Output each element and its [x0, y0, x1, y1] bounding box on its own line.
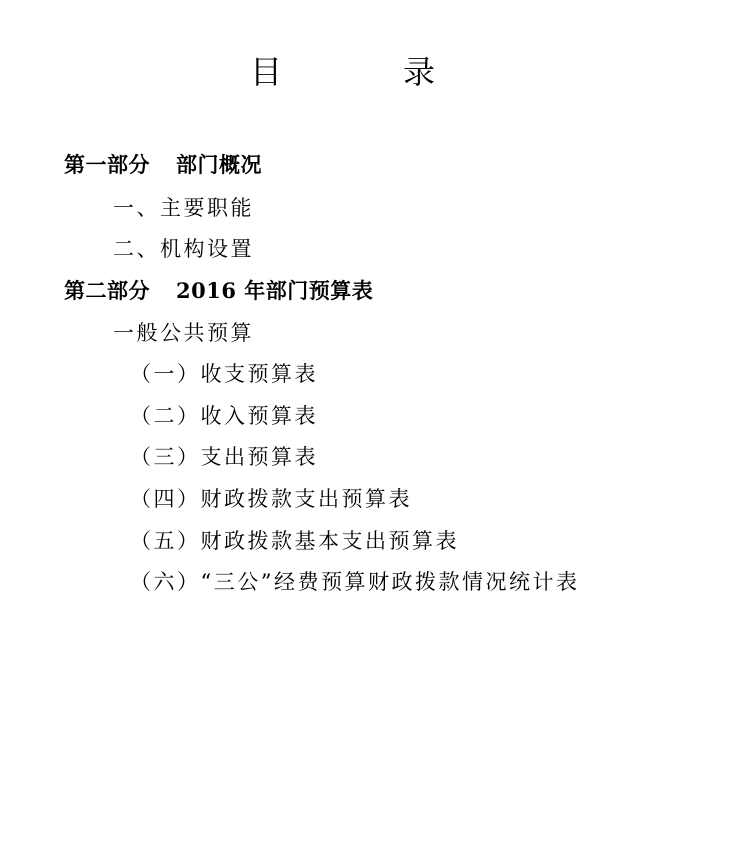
- toc-item: 二、机构设置: [113, 235, 254, 263]
- title-char-lu: 录: [403, 50, 435, 94]
- toc-part-1-label: 第一部分: [64, 152, 150, 177]
- toc-item: （五）财政拨款基本支出预算表: [130, 527, 459, 555]
- toc-item: （一）收支预算表: [130, 360, 318, 388]
- toc-item: （二）收入预算表: [130, 402, 318, 430]
- toc-part-2-title: 2016 年部门预算表: [176, 278, 373, 303]
- toc-section-general-budget: 一般公共预算: [113, 319, 254, 347]
- toc-item: 一、主要职能: [113, 194, 254, 222]
- toc-part-1-heading: 第一部分部门概况: [64, 151, 262, 179]
- toc-item: （四）财政拨款支出预算表: [130, 485, 412, 513]
- toc-item: （三）支出预算表: [130, 443, 318, 471]
- page-title: 目 录: [0, 50, 736, 94]
- toc-part-1-title: 部门概况: [176, 152, 262, 177]
- toc-item: （六）“三公”经费预算财政拨款情况统计表: [130, 568, 579, 596]
- toc-part-2-label: 第二部分: [64, 278, 150, 303]
- title-char-mu: 目: [250, 50, 282, 94]
- toc-part-2-heading: 第二部分2016 年部门预算表: [64, 277, 373, 305]
